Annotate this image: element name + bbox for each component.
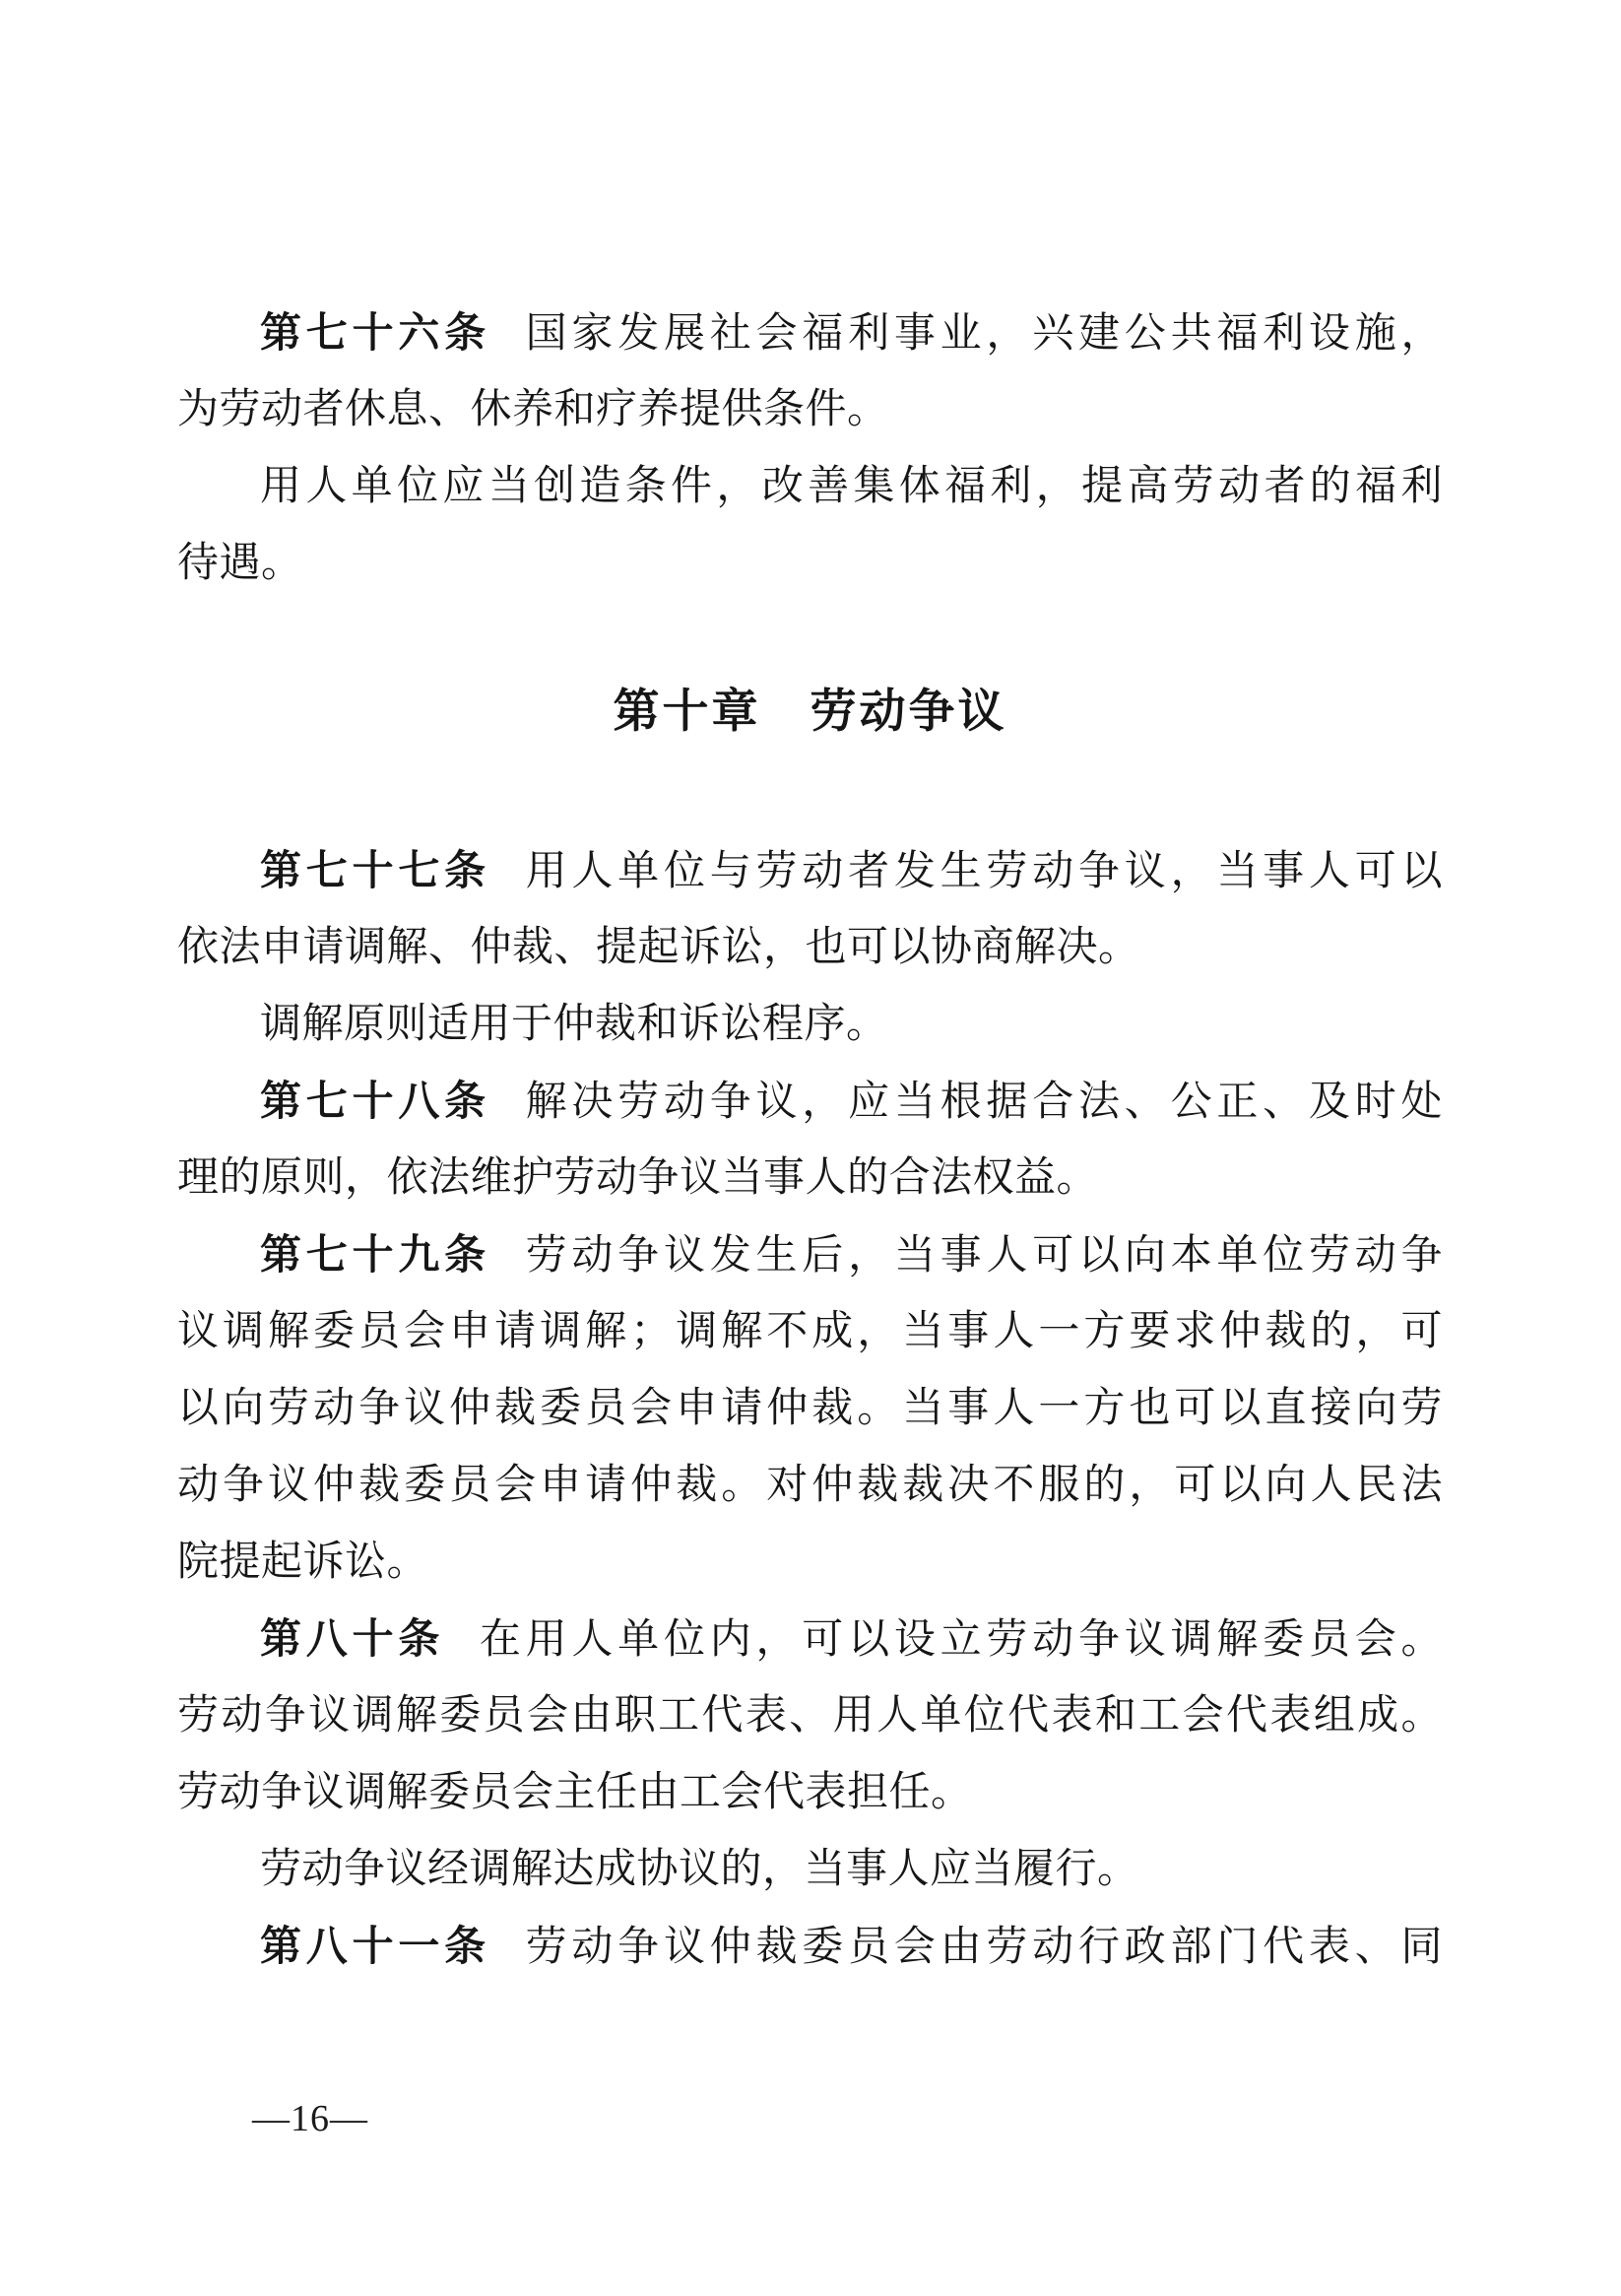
text-line: 以向劳动争议仲裁委员会申请仲裁。当事人一方也可以直接向劳 [177, 1370, 1443, 1447]
article-number-79: 第七十九条 [260, 1230, 490, 1279]
line-text: 劳动争议调解委员会由职工代表、用人单位代表和工会代表组成。 [177, 1693, 1443, 1738]
line-text: 依法申请调解、仲裁、提起诉讼，也可以协商解决。 [177, 925, 1140, 970]
text-line: 待遇。 [177, 525, 1443, 602]
text-line: 劳动争议调解委员会由职工代表、用人单位代表和工会代表组成。 [177, 1677, 1443, 1754]
article-number-80: 第八十条 [260, 1614, 444, 1663]
line-text: 解决劳动争议，应当根据合法、公正、及时处 [526, 1080, 1443, 1125]
line-text: 待遇。 [177, 541, 303, 586]
line-text: 用人单位应当创造条件，改善集体福利，提高劳动者的福利 [260, 464, 1443, 509]
line-text: 国家发展社会福利事业，兴建公共福利设施， [526, 311, 1443, 357]
line-text: 院提起诉讼。 [177, 1540, 428, 1585]
article-number-77: 第七十七条 [260, 846, 490, 894]
line-text: 为劳动者休息、休养和疗养提供条件。 [177, 387, 889, 432]
text-line: 依法申请调解、仲裁、提起诉讼，也可以协商解决。 [177, 909, 1443, 986]
line-text: 调解原则适用于仲裁和诉讼程序。 [260, 1002, 888, 1047]
text-line: 用人单位应当创造条件，改善集体福利，提高劳动者的福利 [177, 448, 1443, 525]
line-text: 劳动争议经调解达成协议的，当事人应当履行。 [260, 1847, 1139, 1892]
line-text: 议调解委员会申请调解；调解不成，当事人一方要求仲裁的，可 [177, 1309, 1443, 1354]
text-line: 劳动争议调解委员会主任由工会代表担任。 [177, 1754, 1443, 1831]
line-text: 理的原则，依法维护劳动争议当事人的合法权益。 [177, 1155, 1098, 1201]
law-text-block: 第七十六条国家发展社会福利事业，兴建公共福利设施， 为劳动者休息、休养和疗养提供… [177, 295, 1443, 1985]
line-text: 劳动争议发生后，当事人可以向本单位劳动争 [526, 1233, 1443, 1279]
text-line: 劳动争议经调解达成协议的，当事人应当履行。 [177, 1831, 1443, 1908]
text-line-article-80: 第八十条在用人单位内，可以设立劳动争议调解委员会。 [177, 1601, 1443, 1677]
text-line: 调解原则适用于仲裁和诉讼程序。 [177, 986, 1443, 1063]
text-line-article-81: 第八十一条劳动争议仲裁委员会由劳动行政部门代表、同 [177, 1908, 1443, 1985]
line-text: 用人单位与劳动者发生劳动争议，当事人可以 [526, 849, 1443, 894]
chapter-10-heading: 第十章 劳动争议 [177, 668, 1443, 756]
line-text: 劳动争议仲裁委员会由劳动行政部门代表、同 [526, 1925, 1443, 1970]
text-line: 为劳动者休息、休养和疗养提供条件。 [177, 371, 1443, 448]
document-page: 第七十六条国家发展社会福利事业，兴建公共福利设施， 为劳动者休息、休养和疗养提供… [0, 0, 1621, 2296]
article-number-76: 第七十六条 [260, 308, 490, 357]
line-text: 以向劳动争议仲裁委员会申请仲裁。当事人一方也可以直接向劳 [177, 1386, 1443, 1431]
article-number-81: 第八十一条 [260, 1922, 490, 1970]
text-line-article-76: 第七十六条国家发展社会福利事业，兴建公共福利设施， [177, 295, 1443, 371]
text-line-article-79: 第七十九条劳动争议发生后，当事人可以向本单位劳动争 [177, 1216, 1443, 1293]
page-number: —16— [252, 2095, 368, 2142]
text-line: 理的原则，依法维护劳动争议当事人的合法权益。 [177, 1140, 1443, 1216]
line-text: 在用人单位内，可以设立劳动争议调解委员会。 [480, 1617, 1443, 1663]
line-text: 动争议仲裁委员会申请仲裁。对仲裁裁决不服的，可以向人民法 [177, 1463, 1443, 1508]
line-text: 劳动争议调解委员会主任由工会代表担任。 [177, 1770, 973, 1815]
text-line-article-78: 第七十八条解决劳动争议，应当根据合法、公正、及时处 [177, 1063, 1443, 1140]
text-line-article-77: 第七十七条用人单位与劳动者发生劳动争议，当事人可以 [177, 832, 1443, 909]
text-line: 动争议仲裁委员会申请仲裁。对仲裁裁决不服的，可以向人民法 [177, 1447, 1443, 1524]
text-line: 议调解委员会申请调解；调解不成，当事人一方要求仲裁的，可 [177, 1293, 1443, 1370]
article-number-78: 第七十八条 [260, 1077, 490, 1125]
text-line: 院提起诉讼。 [177, 1524, 1443, 1601]
